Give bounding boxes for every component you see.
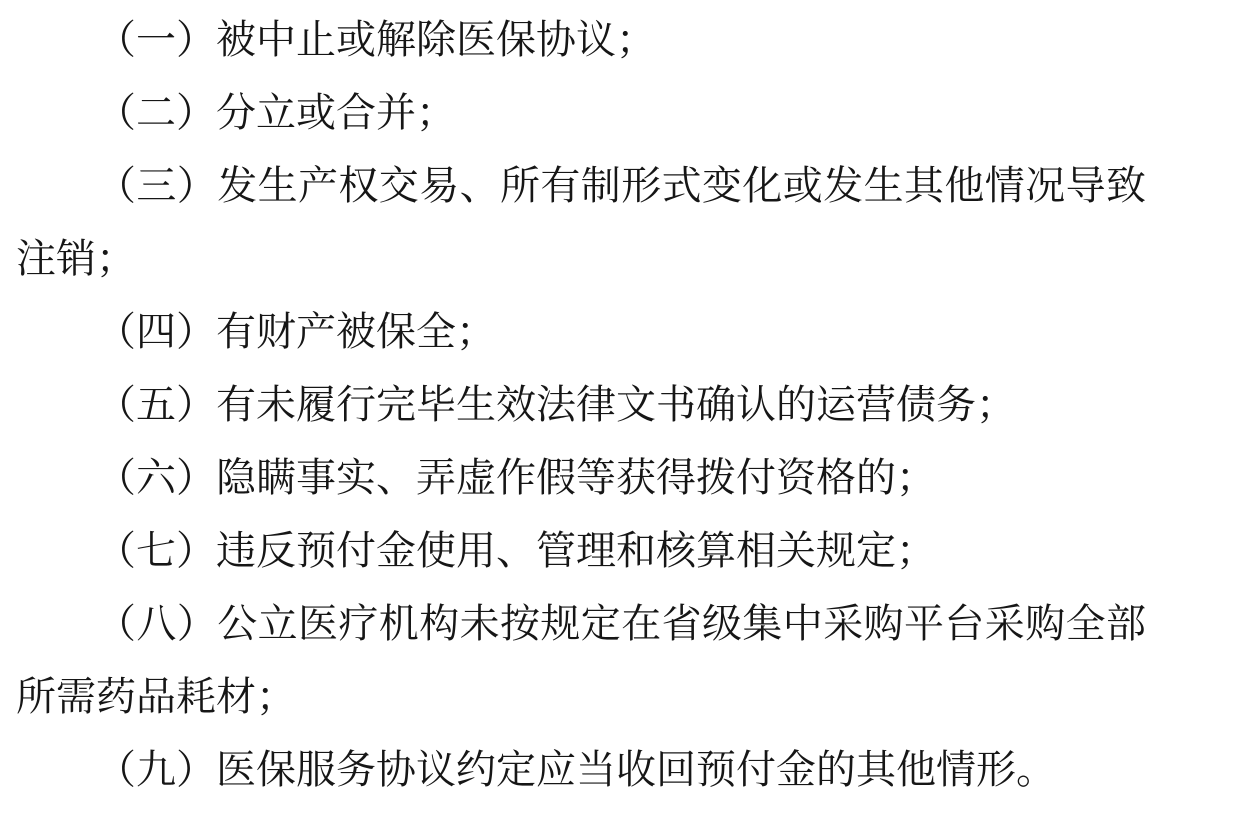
document-page: （一）被中止或解除医保协议； （二）分立或合并； （三）发生产权交易、所有制形式… [0,0,1240,814]
clause-item-6: （六）隐瞒事实、弄虚作假等获得拨付资格的； [16,441,1146,514]
clause-item-1: （一）被中止或解除医保协议； [16,3,1146,76]
clause-item-4: （四）有财产被保全； [16,295,1146,368]
clause-item-3: （三）发生产权交易、所有制形式变化或发生其他情况导致注销； [16,149,1146,295]
clause-item-7: （七）违反预付金使用、管理和核算相关规定； [16,514,1146,587]
clause-list: （一）被中止或解除医保协议； （二）分立或合并； （三）发生产权交易、所有制形式… [16,3,1146,806]
clause-item-8: （八）公立医疗机构未按规定在省级集中采购平台采购全部所需药品耗材； [16,587,1146,733]
clause-item-5: （五）有未履行完毕生效法律文书确认的运营债务； [16,368,1146,441]
clause-item-9: （九）医保服务协议约定应当收回预付金的其他情形。 [16,733,1146,806]
clause-item-2: （二）分立或合并； [16,76,1146,149]
